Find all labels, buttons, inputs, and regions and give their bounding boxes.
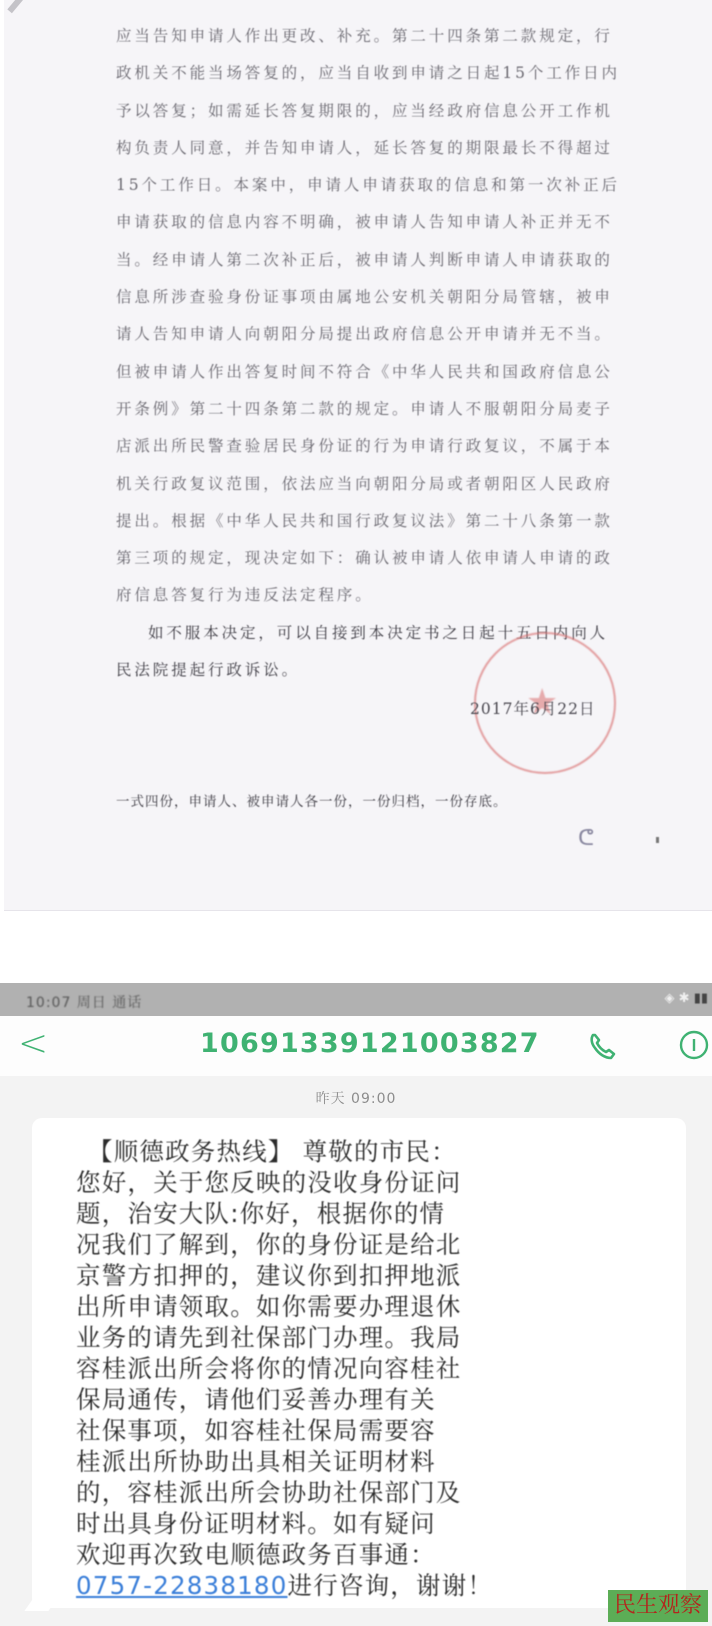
message-line: 出所申请领取。如你需要办理退休 <box>76 1291 656 1322</box>
message-line: 时出具身份证明材料。如有疑问 <box>76 1508 656 1539</box>
message-line: 况我们了解到，你的身份证是给北 <box>76 1229 656 1260</box>
conversation-header: < 10691339121003827 <box>0 1016 712 1076</box>
document-line: 请人告知申请人向朝阳分局提出政府信息公开申请并无不当。 <box>116 316 662 353</box>
document-line: 提出。根据《中华人民共和国行政复议法》第二十八条第一款 <box>116 503 662 540</box>
message-line: 欢迎再次致电顺德政务百事通： <box>76 1539 656 1570</box>
message-closing: 进行咨询，谢谢！ <box>288 1571 494 1600</box>
document-line: 但被申请人作出答复时间不符合《中华人民共和国政府信息公 <box>116 354 662 391</box>
status-bar: 10:07 周日 通话 ◈ ✱ ▮▮ <box>0 983 712 1016</box>
handwritten-signature: ᕦ <box>578 826 594 851</box>
bluetooth-icon: ✱ <box>679 991 690 1006</box>
document-line: 当。经申请人第二次补正后，被申请人判断申请人申请获取的 <box>116 242 662 279</box>
phone-call-icon[interactable] <box>586 1030 620 1064</box>
message-line-last: 0757-22838180进行咨询，谢谢！ <box>76 1570 656 1601</box>
message-line: 桂派出所协助出具相关证明材料 <box>76 1446 656 1477</box>
battery-icon: ▮▮ <box>694 991 708 1006</box>
document-line: 第三项的规定，现决定如下：确认被申请人依申请人申请的政 <box>116 540 662 577</box>
page-fold-mark <box>7 0 74 39</box>
document-body: 应当告知申请人作出更改、补充。第二十四条第二款规定，行 政机关不能当场答复的，应… <box>116 18 662 689</box>
document-line: 店派出所民警查验居民身份证的行为申请行政复议，不属于本 <box>116 428 662 465</box>
message-text: 【顺德政务热线】 尊敬的市民： 您好，关于您反映的没收身份证问 题，治安大队:你… <box>76 1136 656 1601</box>
sms-screenshot: 10:07 周日 通话 ◈ ✱ ▮▮ < 10691339121003827 昨… <box>0 983 712 1626</box>
message-line: 社保事项，如容桂社保局需要容 <box>76 1415 656 1446</box>
wifi-icon: ◈ <box>665 991 675 1006</box>
message-line: 京警方扣押的，建议你到扣押地派 <box>76 1260 656 1291</box>
message-line: 【顺德政务热线】 尊敬的市民： <box>76 1136 656 1167</box>
message-line: 容桂派出所会将你的情况向容桂社 <box>76 1353 656 1384</box>
document-date: 2017年6月22日 <box>470 697 596 719</box>
status-time: 10:07 周日 通话 <box>26 992 142 1012</box>
message-timestamp: 昨天 09:00 <box>0 1088 712 1108</box>
back-button[interactable]: < <box>18 1024 48 1064</box>
document-line: 机关行政复议范围，依法应当向朝阳分局或者朝阳区人民政府 <box>116 466 662 503</box>
document-line: 15个工作日。本案中，申请人申请获取的信息和第一次补正后 <box>116 167 662 204</box>
hotline-phone-link[interactable]: 0757-22838180 <box>76 1571 288 1600</box>
message-line: 保局通传，请他们妥善办理有关 <box>76 1384 656 1415</box>
message-line: 的，容桂派出所会协助社保部门及 <box>76 1477 656 1508</box>
document-line: 申请获取的信息内容不明确，被申请人告知申请人补正并无不 <box>116 204 662 241</box>
status-icons: ◈ ✱ ▮▮ <box>665 991 709 1006</box>
document-line: 予以答复；如需延长答复期限的，应当经政府信息公开工作机 <box>116 93 662 130</box>
message-line: 题，治安大队:你好，根据你的情 <box>76 1198 656 1229</box>
message-line: 业务的请先到社保部门办理。我局 <box>76 1322 656 1353</box>
document-line: 构负责人同意，并告知申请人，延长答复的期限最长不得超过 <box>116 130 662 167</box>
scanned-document: 应当告知申请人作出更改、补充。第二十四条第二款规定，行 政机关不能当场答复的，应… <box>4 0 712 911</box>
copies-note: 一式四份，申请人、被申请人各一份，一份归档，一份存底。 <box>116 790 508 810</box>
document-line: 信息所涉查验身份证事项由属地公安机关朝阳分局管辖，被申 <box>116 279 662 316</box>
watermark-badge: 民生观察 <box>608 1590 708 1622</box>
message-bubble[interactable]: 【顺德政务热线】 尊敬的市民： 您好，关于您反映的没收身份证问 题，治安大队:你… <box>32 1118 686 1608</box>
document-line: 开条例》第二十四条第二款的规定。申请人不服朝阳分局麦子 <box>116 391 662 428</box>
info-icon[interactable] <box>678 1029 710 1061</box>
sender-number: 10691339121003827 <box>200 1028 540 1059</box>
document-line: 应当告知申请人作出更改、补充。第二十四条第二款规定，行 <box>116 18 662 55</box>
message-line: 您好，关于您反映的没收身份证问 <box>76 1167 656 1198</box>
document-line: 政机关不能当场答复的，应当自收到申请之日起15个工作日内 <box>116 55 662 92</box>
signature-mark <box>656 837 659 843</box>
document-line: 府信息答复行为违反法定程序。 <box>116 577 662 614</box>
